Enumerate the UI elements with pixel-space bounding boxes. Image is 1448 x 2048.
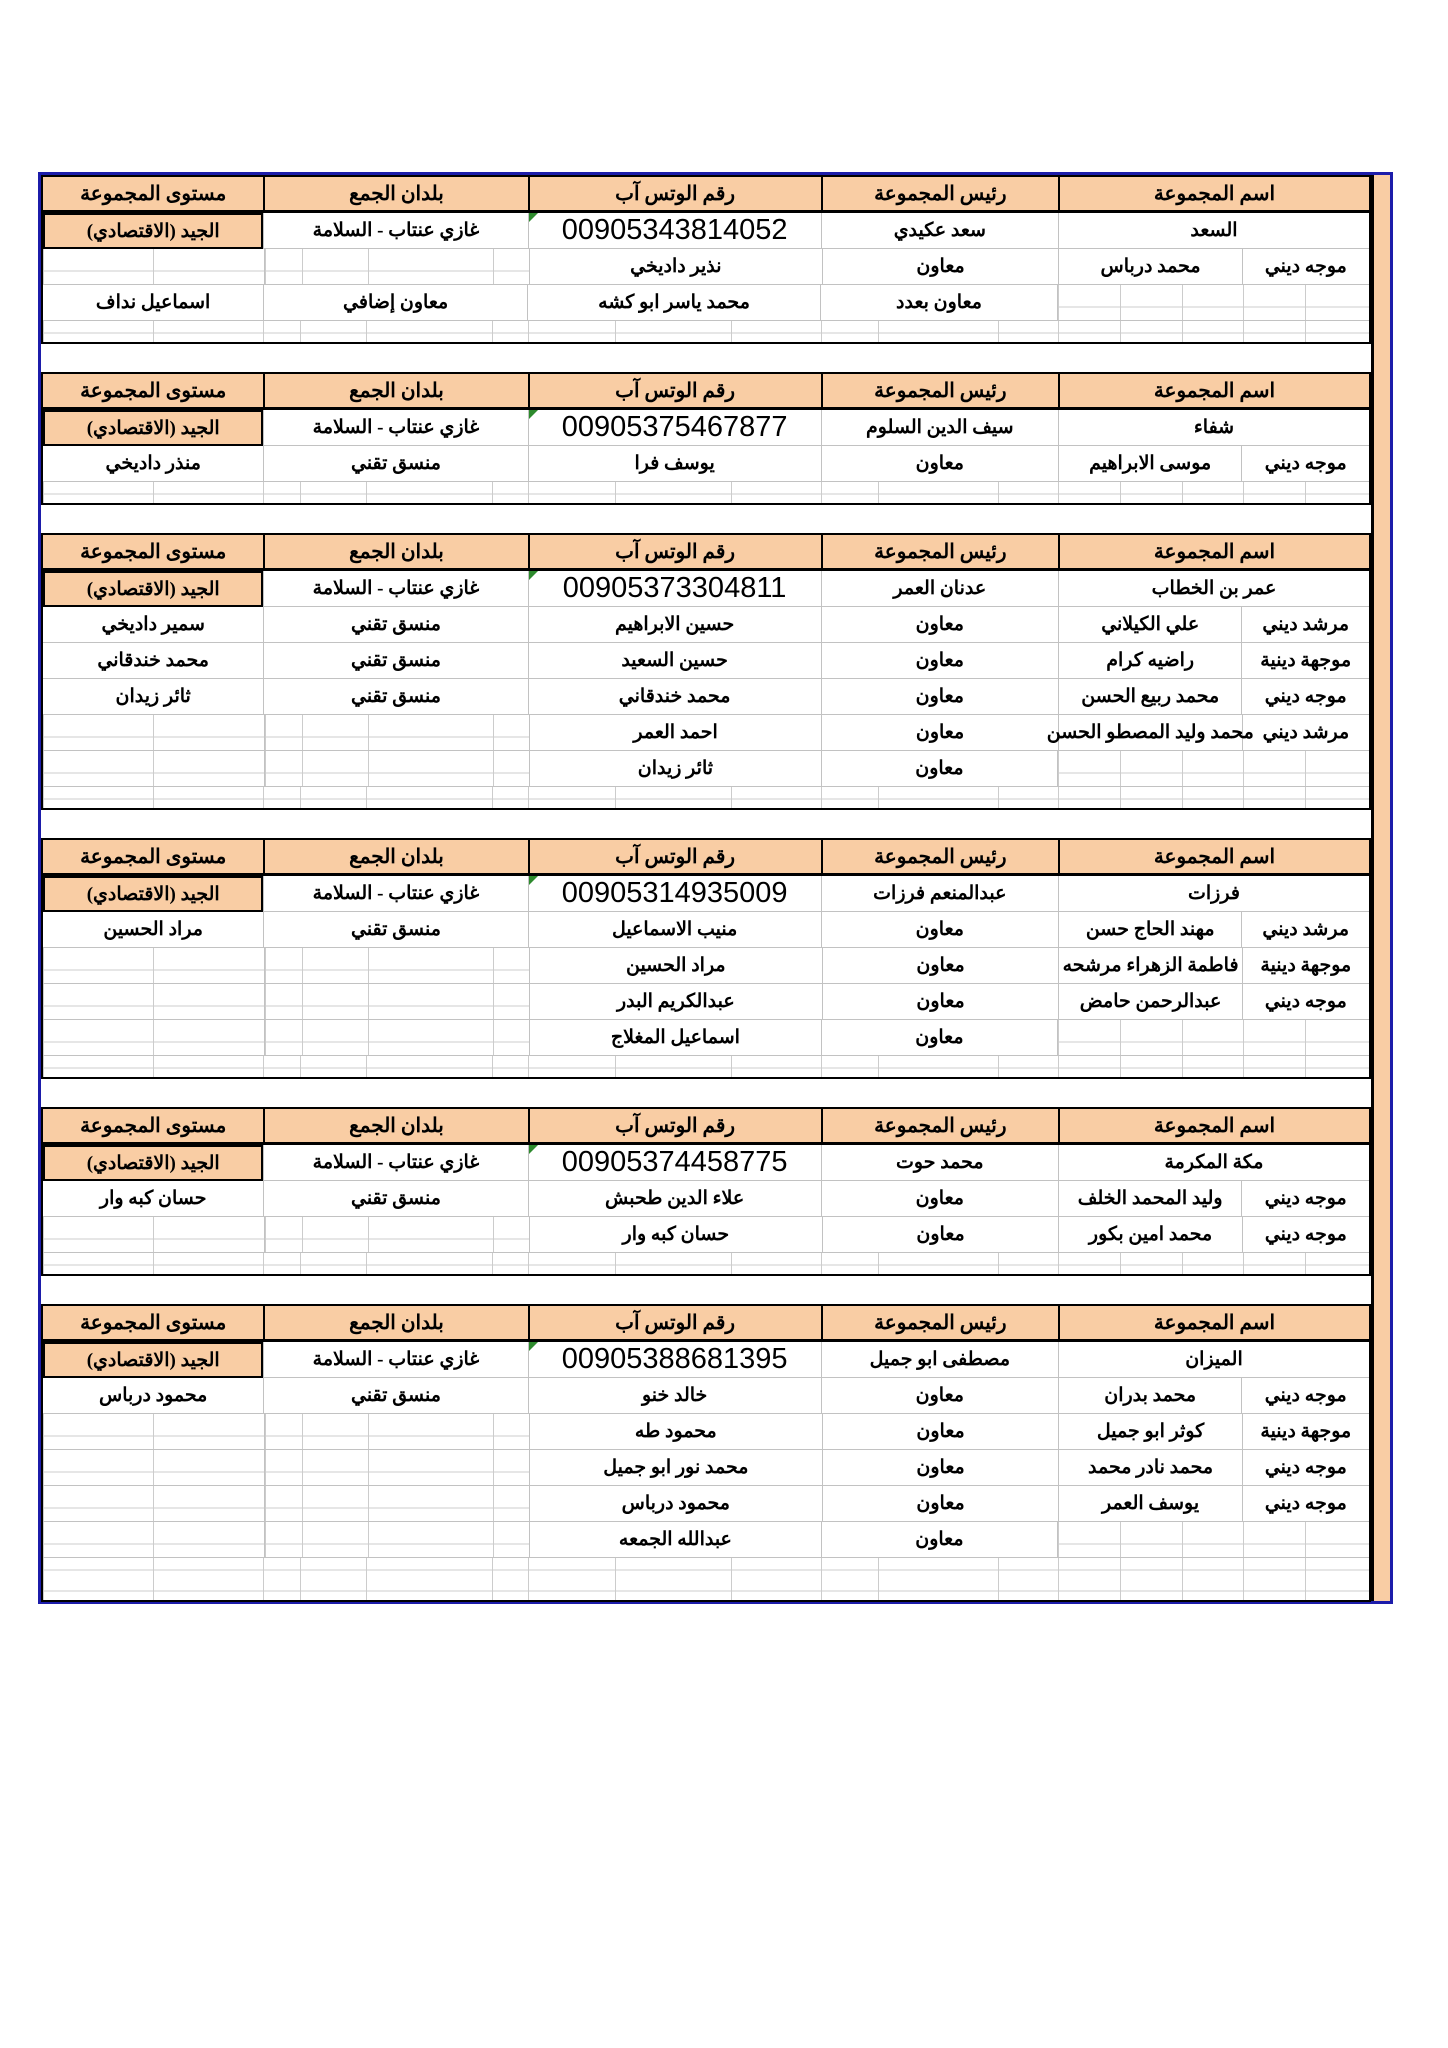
grid-subcell [1058,1558,1120,1579]
grid-subcell [1305,482,1369,503]
empty-support-cell[interactable] [264,1450,529,1486]
empty-support-cell[interactable] [264,1414,529,1450]
grid-subcell [153,1486,264,1521]
col-header-level[interactable]: مستوى المجموعة [43,840,263,873]
group-main-row: مكة المكرمةمحمد حوت00905374458775غازي عن… [43,1145,1369,1181]
level-cell[interactable]: الجيد (الاقتصادي) [43,1342,263,1378]
member-name-cell[interactable]: يوسف العمر [1058,1486,1241,1522]
grid-subcell [1305,1522,1369,1557]
col-header-countries[interactable]: بلدان الجمع [263,1109,527,1142]
whatsapp-number: 00905373304811 [563,572,787,605]
col-header-group-leader[interactable]: رئيس المجموعة [821,840,1058,873]
group-leader-cell[interactable]: سعد عكيدي [821,213,1058,249]
grid-subcell [1058,1253,1120,1274]
grid-subcell [368,1414,494,1449]
empty-coordinator-cell[interactable] [43,751,264,787]
col-header-whatsapp[interactable]: رقم الوتس آب [528,1109,821,1142]
support-role-cell[interactable]: منسق تقني [263,607,527,643]
member-row: معاونثائر زيدان [43,751,1369,787]
member-role-cell[interactable]: موجه ديني [1241,446,1369,482]
member-name-cell[interactable]: فاطمة الزهراء مرشحه [1058,948,1241,984]
assistant-title-cell[interactable]: معاون [821,446,1058,482]
member-name-cell[interactable]: محمد نادر محمد [1058,1450,1241,1486]
grid-subcell [366,787,492,808]
grid-subcell [878,1253,998,1274]
member-name-cell[interactable]: محمد وليد المصطو الحسن [1058,715,1242,751]
member-role-cell[interactable]: موجهة دينية [1242,1414,1369,1450]
assistant-name-cell[interactable]: خالد خنو [528,1378,821,1414]
assistant-title-cell[interactable]: معاون [822,984,1059,1020]
countries-cell[interactable]: غازي عنتاب - السلامة [263,1342,527,1378]
col-header-group-leader[interactable]: رئيس المجموعة [821,535,1058,568]
whatsapp-number-cell[interactable]: 00905314935009 [528,876,821,912]
coordinator-name-cell[interactable]: منذر داديخي [43,446,263,482]
grid-subcell [528,787,616,808]
spreadsheet-page: { "table": { "headers": { "name": "اسم ا… [0,0,1448,2048]
grid-subcell [1058,1579,1120,1600]
assistant-title-cell[interactable]: معاون [821,715,1058,751]
level-cell[interactable]: الجيد (الاقتصادي) [43,410,263,446]
grid-subcell [366,321,492,342]
grid-subcell [43,321,153,342]
empty-coordinator-cell[interactable] [43,948,264,984]
assistant-name-cell[interactable]: منيب الاسماعيل [528,912,821,948]
grid-subcell [1058,482,1120,503]
empty-coordinator-cell[interactable] [43,249,264,285]
grid-subcell [1243,482,1305,503]
grid-subcell [265,984,302,1019]
grid-subcell [1058,1020,1120,1055]
grid-subcell [263,1579,300,1600]
member-name-cell[interactable]: محمد بدران [1058,1378,1241,1414]
assistant-title-cell[interactable]: معاون بعدد [820,285,1057,321]
grid-subcell [998,1056,1058,1077]
grid-subcell [153,1020,264,1055]
coordinator-name-cell[interactable]: سمير داديخي [43,607,263,643]
grid-subcell [1243,1579,1305,1600]
grid-subcell [265,1414,302,1449]
member-row: موجه دينيمحمد ربيع الحسنمعاونمحمد خندقان… [43,679,1369,715]
assistant-name-cell[interactable]: عبدالكريم البدر [529,984,822,1020]
grid-subcell [1058,285,1120,320]
col-header-group-leader[interactable]: رئيس المجموعة [821,1109,1058,1142]
empty-coordinator-cell[interactable] [43,1020,264,1056]
member-role-cell[interactable]: مرشد ديني [1241,607,1369,643]
group-name-cell[interactable]: شفاء [1058,410,1369,446]
assistant-name-cell[interactable]: مراد الحسين [529,948,822,984]
group-section: اسم المجموعةرئيس المجموعةرقم الوتس آببلد… [41,175,1371,344]
whatsapp-number-cell[interactable]: 00905375467877 [528,410,821,446]
support-role-cell[interactable]: منسق تقني [263,643,527,679]
grid-subcell [1058,751,1120,786]
grid-subcell [300,1558,366,1579]
member-row: معاون بعددمحمد ياسر ابو كشهمعاون إضافياس… [43,285,1369,321]
support-role-cell[interactable]: منسق تقني [263,1378,527,1414]
empty-coordinator-cell[interactable] [43,715,264,751]
grid-subcell [821,787,879,808]
coordinator-name-cell[interactable]: مراد الحسين [43,912,263,948]
empty-name-cell[interactable] [1057,1020,1369,1056]
assistant-title-cell[interactable]: معاون [821,912,1058,948]
grid-subcell [43,249,153,284]
whatsapp-number: 00905374458775 [562,1146,788,1179]
grid-subcell [368,948,494,983]
group-main-row: السعدسعد عكيدي00905343814052غازي عنتاب -… [43,213,1369,249]
assistant-title-cell[interactable]: معاون [821,751,1057,787]
grid-subcell [1182,1558,1244,1579]
assistant-name-cell[interactable]: احمد العمر [529,715,821,751]
empty-support-cell[interactable] [264,984,529,1020]
grid-subcell [492,321,528,342]
grid-subcell [1243,1522,1305,1557]
grid-subcell [368,751,494,786]
col-header-countries[interactable]: بلدان الجمع [263,840,527,873]
grid-subcell [1305,1056,1369,1077]
grid-subcell [265,948,302,983]
grid-subcell [1305,751,1369,786]
member-name-cell[interactable]: علي الكيلاني [1058,607,1241,643]
member-row: موجه دينييوسف العمرمعاونمحمود درباس [43,1486,1369,1522]
member-row: موجه دينيوليد المحمد الخلفمعاونعلاء الدي… [43,1181,1369,1217]
grid-subcell [43,787,153,808]
group-leader-cell[interactable]: مصطفى ابو جميل [821,1342,1058,1378]
group-name-cell[interactable]: السعد [1058,213,1369,249]
countries-cell[interactable]: غازي عنتاب - السلامة [263,213,527,249]
empty-support-cell[interactable] [264,249,529,285]
col-header-whatsapp[interactable]: رقم الوتس آب [528,1306,821,1339]
grid-subcell [300,482,366,503]
assistant-title-cell[interactable]: معاون [822,1450,1059,1486]
grid-subcell [998,1253,1058,1274]
empty-support-cell[interactable] [264,1486,529,1522]
member-role-cell[interactable]: موجه ديني [1241,679,1369,715]
assistant-title-cell[interactable]: معاون [822,1414,1059,1450]
grid-subcell [821,1558,879,1579]
col-header-group-name[interactable]: اسم المجموعة [1058,177,1369,210]
col-header-group-leader[interactable]: رئيس المجموعة [821,374,1058,407]
member-role-cell[interactable]: موجه ديني [1242,1486,1369,1522]
grid-subcell [493,715,529,750]
member-name-cell[interactable]: موسى الابراهيم [1058,446,1241,482]
grid-subcell [492,1056,528,1077]
assistant-name-cell[interactable]: نذير داديخي [529,249,822,285]
coordinator-name-cell[interactable]: حسان كبه وار [43,1181,263,1217]
empty-support-cell[interactable] [264,715,529,751]
section-header-row: اسم المجموعةرئيس المجموعةرقم الوتس آببلد… [43,840,1369,876]
member-name-cell[interactable]: كوثر ابو جميل [1058,1414,1241,1450]
countries-cell[interactable]: غازي عنتاب - السلامة [263,410,527,446]
grid-subcell [1058,787,1120,808]
member-row: موجه دينيعبدالرحمن حامضمعاونعبدالكريم ال… [43,984,1369,1020]
grid-subcell [153,1056,264,1077]
assistant-name-cell[interactable]: اسماعيل المغلاج [529,1020,821,1056]
col-header-level[interactable]: مستوى المجموعة [43,177,263,210]
assistant-title-cell[interactable]: معاون [821,1020,1057,1056]
member-role-cell[interactable]: موجهة دينية [1241,643,1369,679]
grid-subcell [366,1056,492,1077]
col-header-whatsapp[interactable]: رقم الوتس آب [528,177,821,210]
col-header-countries[interactable]: بلدان الجمع [263,535,527,568]
whatsapp-number-cell[interactable]: 00905388681395 [528,1342,821,1378]
grid-subcell [878,482,998,503]
group-name-cell[interactable]: مكة المكرمة [1058,1145,1369,1181]
grid-subcell [1182,1253,1244,1274]
grid-subcell [153,1450,264,1485]
level-cell[interactable]: الجيد (الاقتصادي) [43,571,263,607]
col-header-countries[interactable]: بلدان الجمع [263,1306,527,1339]
empty-coordinator-cell[interactable] [43,1217,264,1253]
grid-subcell [265,1217,302,1252]
group-leader-cell[interactable]: عدنان العمر [821,571,1058,607]
section-header-row: اسم المجموعةرئيس المجموعةرقم الوتس آببلد… [43,1109,1369,1145]
assistant-name-cell[interactable]: محمد خندقاني [528,679,821,715]
grid-subcell [492,1253,528,1274]
grid-subcell [493,1486,529,1521]
grid-subcell [1243,1253,1305,1274]
coordinator-name-cell[interactable]: محمود درباس [43,1378,263,1414]
whatsapp-number-cell[interactable]: 00905373304811 [528,571,821,607]
empty-grid-row [43,1253,1369,1274]
grid-subcell [1120,1579,1182,1600]
grid-subcell [368,1522,494,1557]
grid-subcell [1182,321,1244,342]
whatsapp-number: 00905388681395 [562,1343,788,1376]
grid-subcell [263,787,300,808]
assistant-name-cell[interactable]: حسين السعيد [528,643,821,679]
assistant-name-cell[interactable]: محمد نور ابو جميل [529,1450,822,1486]
assistant-name-cell[interactable]: ثائر زيدان [529,751,821,787]
grid-subcell [153,1579,264,1600]
member-name-cell[interactable]: محمد امين بكور [1058,1217,1241,1253]
member-role-cell[interactable]: مرشد ديني [1242,715,1369,751]
empty-support-cell[interactable] [264,1217,529,1253]
member-name-cell[interactable]: محمد ربيع الحسن [1058,679,1241,715]
col-header-group-name[interactable]: اسم المجموعة [1058,535,1369,568]
grid-subcell [43,1253,153,1274]
assistant-name-cell[interactable]: حسان كبه وار [529,1217,822,1253]
grid-subcell [1243,1558,1305,1579]
group-name-cell[interactable]: فرزات [1058,876,1369,912]
group-leader-cell[interactable]: عبدالمنعم فرزات [821,876,1058,912]
assistant-name-cell[interactable]: محمود درباس [529,1486,822,1522]
empty-coordinator-cell[interactable] [43,1486,264,1522]
grid-subcell [368,249,494,284]
member-role-cell[interactable]: موجه ديني [1242,984,1369,1020]
group-name-cell[interactable]: عمر بن الخطاب [1058,571,1369,607]
assistant-title-cell[interactable]: معاون [821,1522,1057,1558]
col-header-level[interactable]: مستوى المجموعة [43,1306,263,1339]
grid-subcell [153,482,264,503]
grid-subcell [615,1253,731,1274]
grid-subcell [263,1056,300,1077]
assistant-title-cell[interactable]: معاون [822,948,1059,984]
error-indicator-icon [529,213,538,222]
col-header-group-leader[interactable]: رئيس المجموعة [821,1306,1058,1339]
col-header-countries[interactable]: بلدان الجمع [263,177,527,210]
grid-subcell [615,482,731,503]
grid-subcell [153,249,264,284]
grid-subcell [263,1558,300,1579]
assistant-name-cell[interactable]: محمود طه [529,1414,822,1450]
member-role-cell[interactable]: موجه ديني [1241,1378,1369,1414]
grid-subcell [998,1579,1058,1600]
grid-subcell [153,321,264,342]
member-role-cell[interactable]: موجه ديني [1241,1181,1369,1217]
grid-subcell [302,1414,368,1449]
member-row: معاونعبدالله الجمعه [43,1522,1369,1558]
level-cell[interactable]: الجيد (الاقتصادي) [43,213,263,249]
col-header-level[interactable]: مستوى المجموعة [43,1109,263,1142]
coordinator-name-cell[interactable]: محمد خندقاني [43,643,263,679]
grid-subcell [1243,751,1305,786]
group-name-cell[interactable]: الميزان [1058,1342,1369,1378]
grid-subcell [265,1522,302,1557]
grid-subcell [1120,1253,1182,1274]
member-name-cell[interactable]: مهند الحاج حسن [1058,912,1241,948]
assistant-title-cell[interactable]: معاون [821,1181,1058,1217]
grid-subcell [302,1450,368,1485]
level-cell[interactable]: الجيد (الاقتصادي) [43,876,263,912]
col-header-group-name[interactable]: اسم المجموعة [1058,1306,1369,1339]
grid-subcell [43,1020,153,1055]
member-role-cell[interactable]: مرشد ديني [1241,912,1369,948]
grid-subcell [998,787,1058,808]
col-header-whatsapp[interactable]: رقم الوتس آب [528,840,821,873]
grid-subcell [821,1579,879,1600]
col-header-level[interactable]: مستوى المجموعة [43,374,263,407]
support-role-cell[interactable]: منسق تقني [263,446,527,482]
grid-subcell [153,715,264,750]
whatsapp-number-cell[interactable]: 00905343814052 [528,213,821,249]
grid-subcell [731,1056,821,1077]
empty-coordinator-cell[interactable] [43,1522,264,1558]
col-header-group-name[interactable]: اسم المجموعة [1058,1109,1369,1142]
support-role-cell[interactable]: معاون إضافي [263,285,527,321]
grid-subcell [368,1450,494,1485]
grid-subcell [153,948,264,983]
section-header-row: اسم المجموعةرئيس المجموعةرقم الوتس آببلد… [43,535,1369,571]
member-name-cell[interactable]: راضيه كرام [1058,643,1241,679]
member-row: موجهة دينيةراضيه كراممعاونحسين السعيدمنس… [43,643,1369,679]
countries-cell[interactable]: غازي عنتاب - السلامة [263,1145,527,1181]
grid-subcell [493,1522,529,1557]
grid-subcell [43,1450,153,1485]
assistant-title-cell[interactable]: معاون [821,607,1058,643]
grid-subcell [300,321,366,342]
section-header-row: اسم المجموعةرئيس المجموعةرقم الوتس آببلد… [43,1306,1369,1342]
assistant-name-cell[interactable]: محمد ياسر ابو كشه [527,285,820,321]
empty-grid-row [43,787,1369,808]
member-role-cell[interactable]: موجه ديني [1242,1450,1369,1486]
coordinator-name-cell[interactable]: ثائر زيدان [43,679,263,715]
col-header-countries[interactable]: بلدان الجمع [263,374,527,407]
empty-coordinator-cell[interactable] [43,1450,264,1486]
member-row: موجه دينيمحمد بدرانمعاونخالد خنومنسق تقن… [43,1378,1369,1414]
coordinator-name-cell[interactable]: اسماعيل نداف [43,285,263,321]
member-role-cell[interactable]: موجهة دينية [1242,948,1369,984]
table-sections: اسم المجموعةرئيس المجموعةرقم الوتس آببلد… [41,175,1371,1601]
grid-subcell [263,321,300,342]
member-name-cell[interactable]: وليد المحمد الخلف [1058,1181,1241,1217]
grid-subcell [615,1558,731,1579]
assistant-name-cell[interactable]: عبدالله الجمعه [529,1522,821,1558]
grid-subcell [43,1056,153,1077]
grid-subcell [43,1414,153,1449]
grid-subcell [368,715,494,750]
grid-subcell [368,1486,494,1521]
support-role-cell[interactable]: منسق تقني [263,679,527,715]
countries-cell[interactable]: غازي عنتاب - السلامة [263,571,527,607]
empty-name-cell[interactable] [1057,1522,1369,1558]
member-row: موجه دينيموسى الابراهيممعاونيوسف فرامنسق… [43,446,1369,482]
grid-subcell [492,1558,528,1579]
empty-coordinator-cell[interactable] [43,984,264,1020]
assistant-title-cell[interactable]: معاون [821,679,1058,715]
assistant-title-cell[interactable]: معاون [822,1217,1059,1253]
group-leader-cell[interactable]: سيف الدين السلوم [821,410,1058,446]
empty-name-cell[interactable] [1057,751,1369,787]
member-role-cell[interactable]: موجه ديني [1242,249,1369,285]
error-indicator-icon [529,1145,538,1154]
col-header-group-leader[interactable]: رئيس المجموعة [821,177,1058,210]
grid-subcell [366,1253,492,1274]
error-indicator-icon [529,876,538,885]
groups-table: اسم المجموعةرئيس المجموعةرقم الوتس آببلد… [38,172,1393,1604]
grid-subcell [821,1253,879,1274]
assistant-name-cell[interactable]: يوسف فرا [528,446,821,482]
col-header-group-name[interactable]: اسم المجموعة [1058,840,1369,873]
empty-support-cell[interactable] [264,1020,529,1056]
assistant-name-cell[interactable]: حسين الابراهيم [528,607,821,643]
member-name-cell[interactable]: عبدالرحمن حامض [1058,984,1241,1020]
grid-subcell [878,1558,998,1579]
assistant-name-cell[interactable]: علاء الدين طحبش [528,1181,821,1217]
support-role-cell[interactable]: منسق تقني [263,1181,527,1217]
empty-coordinator-cell[interactable] [43,1414,264,1450]
empty-support-cell[interactable] [264,751,529,787]
whatsapp-number-cell[interactable]: 00905374458775 [528,1145,821,1181]
grid-subcell [1243,1056,1305,1077]
grid-subcell [265,1450,302,1485]
grid-subcell [878,787,998,808]
col-header-level[interactable]: مستوى المجموعة [43,535,263,568]
col-header-group-name[interactable]: اسم المجموعة [1058,374,1369,407]
empty-name-cell[interactable] [1057,285,1369,321]
group-leader-cell[interactable]: محمد حوت [821,1145,1058,1181]
assistant-title-cell[interactable]: معاون [821,1378,1058,1414]
empty-grid-row [43,1558,1369,1579]
empty-support-cell[interactable] [264,1522,529,1558]
grid-subcell [528,482,616,503]
grid-subcell [265,1486,302,1521]
member-row: موجهة دينيةفاطمة الزهراء مرشحهمعاونمراد … [43,948,1369,984]
assistant-title-cell[interactable]: معاون [822,1486,1059,1522]
grid-subcell [300,1056,366,1077]
countries-cell[interactable]: غازي عنتاب - السلامة [263,876,527,912]
empty-support-cell[interactable] [264,948,529,984]
col-header-whatsapp[interactable]: رقم الوتس آب [528,535,821,568]
level-cell[interactable]: الجيد (الاقتصادي) [43,1145,263,1181]
grid-subcell [265,715,302,750]
member-name-cell[interactable]: محمد درباس [1058,249,1241,285]
support-role-cell[interactable]: منسق تقني [263,912,527,948]
assistant-title-cell[interactable]: معاون [822,249,1059,285]
grid-subcell [821,1056,879,1077]
grid-subcell [615,321,731,342]
member-role-cell[interactable]: موجه ديني [1242,1217,1369,1253]
col-header-whatsapp[interactable]: رقم الوتس آب [528,374,821,407]
assistant-title-cell[interactable]: معاون [821,643,1058,679]
